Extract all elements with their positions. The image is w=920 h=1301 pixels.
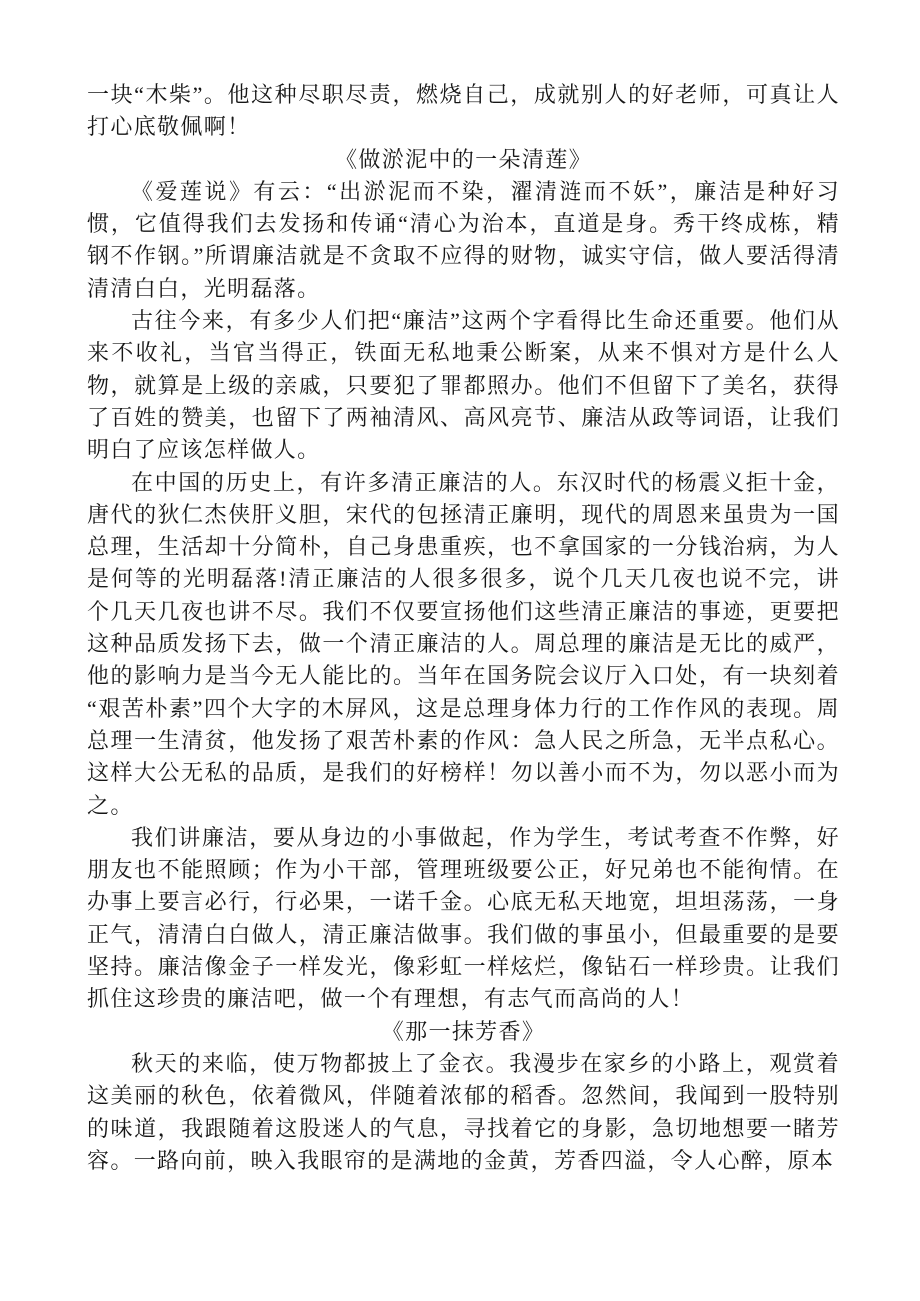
essay-title-fangxiang: 《那一抹芳香》 — [87, 1016, 840, 1048]
paragraph-continuation: 一块“木柴”。他这种尽职尽责，燃烧自己，成就别人的好老师，可真让人打心底敬佩啊！ — [87, 79, 840, 144]
paragraph-zhongguo-lishi: 在中国的历史上，有许多清正廉洁的人。东汉时代的杨震义拒十金，唐代的狄仁杰侠肝义胆… — [87, 467, 840, 822]
paragraph-guwangjinlai: 古往今来，有多少人们把“廉洁”这两个字看得比生命还重要。他们从来不收礼，当官当得… — [87, 305, 840, 466]
paragraph-ailianshuo: 《爱莲说》有云：“出淤泥而不染，濯清涟而不妖”，廉洁是种好习惯，它值得我们去发扬… — [87, 176, 840, 305]
paragraph-qiutian: 秋天的来临，使万物都披上了金衣。我漫步在家乡的小路上，观赏着这美丽的秋色，依着微… — [87, 1048, 840, 1177]
document-page: 一块“木柴”。他这种尽职尽责，燃烧自己，成就别人的好老师，可真让人打心底敬佩啊！… — [0, 0, 920, 1301]
essay-title-qinglian: 《做淤泥中的一朵清莲》 — [87, 144, 840, 176]
paragraph-women-jiang-lianjie: 我们讲廉洁，要从身边的小事做起，作为学生，考试考查不作弊，好朋友也不能照顾；作为… — [87, 822, 840, 1016]
